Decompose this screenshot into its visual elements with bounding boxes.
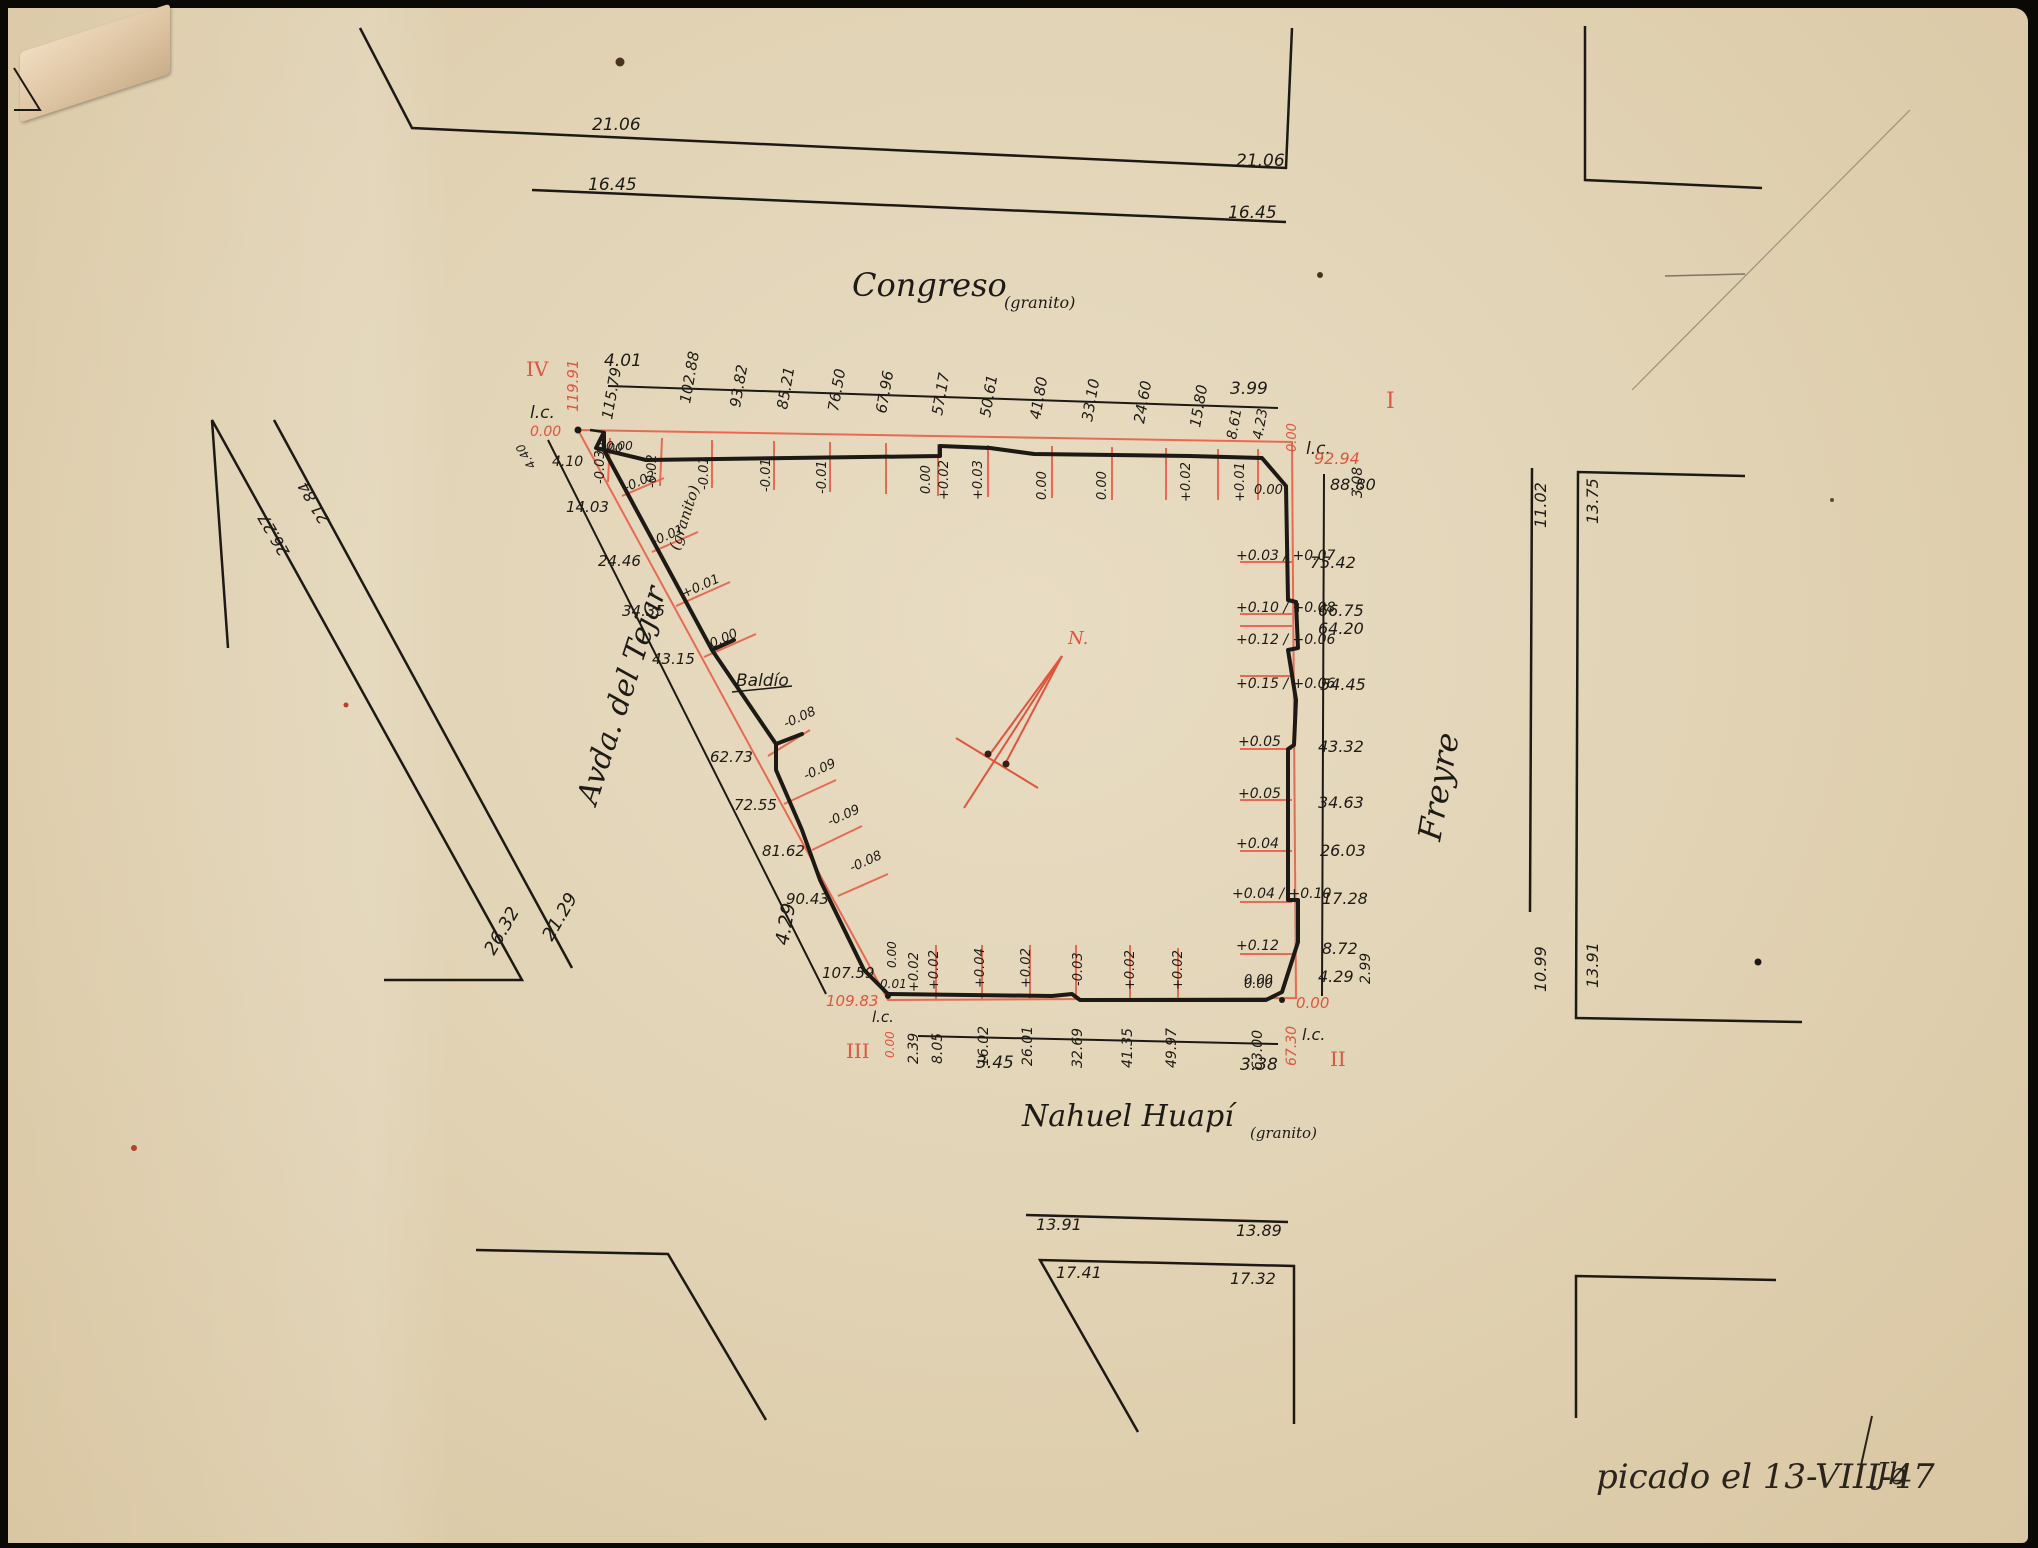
chainage-label: 26.01 <box>1020 1026 1036 1066</box>
dim-label: 26.27 <box>254 510 294 560</box>
corner-IV: IV 119.91 l.c. 0.00 <box>526 357 582 440</box>
end-note: 3.38 <box>1240 1055 1278 1075</box>
corner-value: 119.91 <box>564 360 582 413</box>
chainage-label: 34.63 <box>1318 793 1364 812</box>
offset-label: +0.02 <box>937 460 952 500</box>
corner-zero: 0.00 <box>530 424 561 440</box>
chainage-label: 2.39 <box>906 1033 922 1064</box>
offset-label: +0.03 / +0.07 <box>1236 548 1336 564</box>
chainage-label: 41.35 <box>1120 1028 1136 1068</box>
offset-label: +0.05 <box>1238 786 1281 802</box>
corner-label: II <box>1330 1047 1346 1071</box>
chainage-label: 4.23 <box>1250 407 1271 440</box>
neighbor-block-top-right <box>1585 26 1910 390</box>
offset-label: 0.00 <box>1254 483 1283 498</box>
offset-label: +0.04 <box>973 948 988 988</box>
chainage-label: 85.21 <box>773 365 798 410</box>
dim-label: 16.45 <box>1228 203 1277 223</box>
start-note: 3.45 <box>976 1053 1014 1073</box>
corner-zero: 0.00 <box>883 1031 897 1058</box>
dim-label: 13.75 <box>1583 478 1602 524</box>
dim-label: 11.02 <box>1531 482 1550 528</box>
chainage-label: 57.17 <box>928 371 953 417</box>
offset-label: +0.02 <box>907 952 922 992</box>
chainage-label: 14.03 <box>566 498 609 516</box>
top-side-chainages: 4.01 3.99 115.79 102.88 93.82 85.21 76.5… <box>598 350 1271 441</box>
chainage-label: 41.80 <box>1026 375 1051 420</box>
chainage-label: 4.10 <box>552 454 583 470</box>
dim-label: 21.06 <box>592 115 641 135</box>
dim-label: 21.84 <box>294 478 333 527</box>
corner-label: IV <box>526 357 549 381</box>
offset-label: -0.01 <box>759 458 774 492</box>
bottom-side-chainages: 2.39 8.05 16.02 26.01 32.69 41.35 49.97 … <box>906 1026 1278 1075</box>
neighbor-block-bottom-center: 13.91 13.89 17.41 17.32 <box>1026 1215 1294 1432</box>
corner-value: 67.30 <box>1284 1026 1300 1066</box>
dim-label: 17.32 <box>1230 1269 1276 1288</box>
chainage-label: 50.61 <box>976 373 1001 418</box>
corner-label: III <box>846 1039 870 1063</box>
chainage-label: 107.59 <box>822 964 875 982</box>
street-paving: (granito) <box>1250 1124 1317 1142</box>
dim-label: 10.99 <box>1531 946 1550 992</box>
side-note: 3.08 <box>1350 467 1366 498</box>
chainage-label: 49.97 <box>1164 1028 1180 1068</box>
chainage-label: 8.61 <box>1224 407 1245 440</box>
offset-label: -0.08 <box>782 704 819 731</box>
offset-label: +0.04 <box>1236 836 1279 852</box>
offset-label: +0.05 <box>1238 734 1281 750</box>
north-arrow-icon: N. <box>956 628 1088 808</box>
offset-label: 0.00 <box>919 465 934 494</box>
chainage-label: 72.55 <box>734 796 777 814</box>
chainage-label: 24.60 <box>1130 379 1155 424</box>
chainage-label: 8.05 <box>930 1033 946 1064</box>
neighbor-block-top-left <box>14 68 40 110</box>
street-label-congreso: Congreso (granito) <box>852 266 1075 312</box>
offset-label: -0.01 <box>697 456 712 490</box>
offset-label: +0.01 <box>1233 462 1248 502</box>
offset-label: +0.10 / +0.08 <box>1236 600 1336 616</box>
offset-label: +0.02 <box>1179 462 1194 502</box>
chainage-label: 8.72 <box>1322 939 1358 958</box>
street-name: Congreso <box>852 266 1007 304</box>
offset-label: +0.02 <box>1171 950 1186 990</box>
survey-sheet: 21.06 21.06 16.45 16.45 26.27 21.84 26.3… <box>8 8 2028 1543</box>
corner-zero: 0.00 <box>1285 423 1300 452</box>
dim-label: 13.91 <box>1583 942 1602 988</box>
corner-tag: l.c. <box>530 403 555 423</box>
chainage-label: 76.50 <box>824 367 849 412</box>
neighbor-block-right: 11.02 10.99 13.75 13.91 <box>1530 468 1802 1022</box>
side-note: 4.29 <box>771 901 800 946</box>
street-paving: (granito) <box>666 483 704 552</box>
street-label-freyre: Freyre <box>1410 730 1466 845</box>
chainage-label: 43.32 <box>1318 737 1364 756</box>
offset-label: +0.03 <box>971 460 986 500</box>
offset-label: +0.01 <box>680 572 723 602</box>
street-name: Freyre <box>1410 730 1466 845</box>
corner-value: 92.94 <box>1314 449 1360 468</box>
corner-zero: 0.00 <box>1296 994 1329 1012</box>
chainage-label: 115.79 <box>598 366 625 421</box>
offset-label: +0.12 <box>1236 938 1279 954</box>
neighbor-block-top-center: 21.06 21.06 16.45 16.45 <box>360 28 1292 223</box>
offset-label: -0.09 <box>802 756 839 783</box>
chainage-label: 67.96 <box>872 369 897 414</box>
dim-label: 13.89 <box>1236 1221 1282 1240</box>
chainage-label: 62.73 <box>710 748 753 766</box>
side-note: 2.99 <box>1358 953 1374 984</box>
initials: Jb <box>1870 1457 1907 1492</box>
footer-annotation: picado el 13-VIII-47 Jb <box>1596 1416 1935 1497</box>
corner-II: II l.c. 67.30 0.00 <box>1279 994 1346 1071</box>
street-paving: (granito) <box>1004 293 1075 312</box>
right-side-offsets: +0.03 / +0.07 +0.10 / +0.08 +0.12 / +0.0… <box>1232 483 1336 988</box>
offset-label: +0.02 <box>1019 948 1034 988</box>
lot-label-baldio: Baldío <box>736 671 789 691</box>
offset-label: +0.04 / +0.10 <box>1232 886 1332 902</box>
chainage-label: 43.15 <box>652 650 695 668</box>
corner-III: III 109.83 l.c. 0.00 <box>826 992 897 1063</box>
neighbor-block-left: 26.27 21.84 26.32 21.29 <box>212 420 582 980</box>
right-side-chainages: 88.80 75.42 66.75 64.20 54.45 43.32 34.6… <box>1310 467 1376 986</box>
corner-tag: l.c. <box>872 1008 894 1026</box>
street-name: Nahuel Huapí <box>1021 1099 1237 1134</box>
street-label-nahuel-huapi: Nahuel Huapí (granito) <box>1021 1099 1317 1142</box>
corner-label: I <box>1386 389 1395 414</box>
neighbor-block-bottom-left <box>476 1250 766 1420</box>
offset-label: 0.01 <box>880 977 907 991</box>
chainage-label: 15.80 <box>1186 383 1211 428</box>
chainage-label: 93.82 <box>726 363 751 408</box>
dim-label: 21.06 <box>1236 151 1285 171</box>
survey-plan-drawing: 21.06 21.06 16.45 16.45 26.27 21.84 26.3… <box>8 8 2028 1543</box>
side-note: 4.40 <box>513 441 539 471</box>
dim-label: 17.41 <box>1056 1263 1102 1282</box>
offset-label: +0.12 / +0.06 <box>1236 632 1336 648</box>
offset-label: +0.02 <box>927 950 942 990</box>
chainage-label: 24.46 <box>598 552 641 570</box>
end-note: 3.99 <box>1230 379 1268 399</box>
chainage-label: 102.88 <box>676 350 703 405</box>
offset-label: +0.15 / +0.06 <box>1236 676 1336 692</box>
dim-label: 16.45 <box>588 175 637 195</box>
neighbor-block-bottom-right <box>1576 1276 1776 1418</box>
dim-label: 26.32 <box>480 903 524 958</box>
offset-label: 0.00 <box>885 941 899 968</box>
offset-label: -0.01 <box>815 460 830 494</box>
offset-label: -0.03 <box>593 450 608 484</box>
offset-label: 0.00 <box>606 439 633 453</box>
offset-label: -0.02 <box>622 468 659 495</box>
chainage-label: 32.69 <box>1070 1028 1086 1068</box>
corner-I: I l.c. 92.94 0.00 <box>1285 389 1395 468</box>
offset-label: -0.03 <box>1071 952 1086 986</box>
dim-label: 13.91 <box>1036 1215 1082 1234</box>
offset-label: -0.08 <box>848 848 885 875</box>
block-boundary-measured <box>590 430 1298 1000</box>
corner-tag: l.c. <box>1302 1025 1325 1044</box>
bottom-side-offsets: +0.02 +0.02 +0.04 +0.02 -0.03 +0.02 +0.0… <box>880 948 1273 992</box>
chainage-label: 4.29 <box>1318 967 1354 986</box>
offset-label: 0.00 <box>1095 471 1110 500</box>
offset-label: +0.02 <box>1123 950 1138 990</box>
offset-label: 0.00 <box>1035 471 1050 500</box>
corner-value: 109.83 <box>826 992 879 1010</box>
street-label-tejar: Avda. del Tejar (granito) <box>569 479 707 811</box>
offset-label: -0.09 <box>826 802 863 829</box>
offset-label: 0.00 <box>1244 977 1273 992</box>
chainage-label: 26.03 <box>1320 841 1366 860</box>
chainage-label: 33.10 <box>1078 377 1103 422</box>
north-label: N. <box>1067 628 1088 649</box>
chainage-label: 81.62 <box>762 842 805 860</box>
